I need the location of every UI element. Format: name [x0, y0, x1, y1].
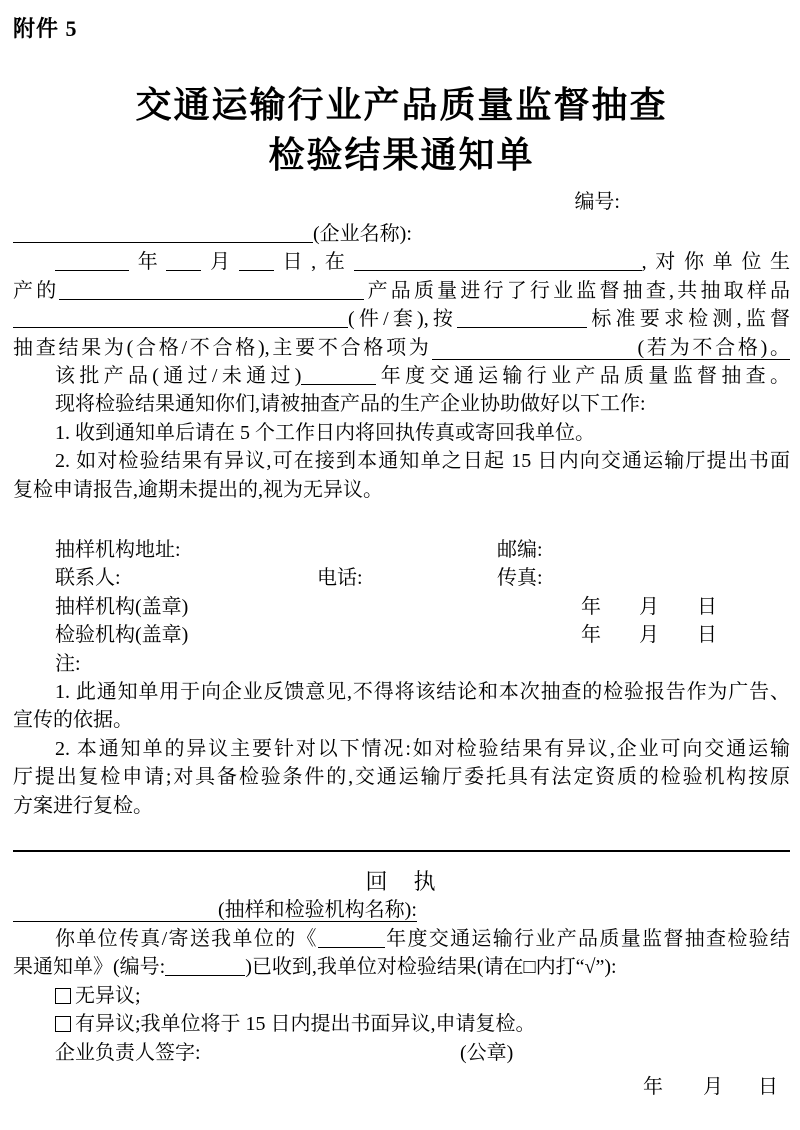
result-text: 抽查结果为(合格/不合格),主要不合格项为 — [13, 337, 432, 359]
note-2-line-3: 方案进行复检。 — [13, 792, 790, 820]
month-label: 月 — [639, 621, 659, 649]
title-line-1: 交通运输行业产品质量监督抽查 — [13, 80, 790, 130]
day-label: 日 — [697, 593, 717, 621]
option-no-objection-line: 无异议; — [13, 982, 790, 1010]
quality-check-text: 产品质量进行了行业监督抽查,共抽取样品 — [364, 280, 790, 302]
work-item-1: 1. 收到通知单后请在 5 个工作日内将回执传真或寄回我单位。 — [13, 419, 790, 447]
receipt-serial-pre-text: 果通知单》(编号: — [13, 956, 165, 978]
objection-label: 有异议;我单位将于 15 日内提出书面异议,申请复检。 — [75, 1013, 536, 1035]
inspection-org-seal-label: 检验机构(盖章) — [55, 621, 188, 649]
sampling-org-seal-line: 抽样机构(盖章)年月日 — [13, 593, 790, 621]
date-place-line: 年月日,在,对你单位生 — [13, 248, 790, 276]
pieces-per-text: (件/套),按 — [348, 308, 457, 330]
receipt-year-blank[interactable] — [318, 927, 385, 948]
year-label: 年 — [581, 621, 601, 649]
contact-person-label: 联系人: — [55, 564, 121, 592]
receipt-section: 回 执 (抽样和检验机构名称): 你单位传真/寄送我单位的《年度交通运输行业产品… — [13, 868, 790, 1101]
receipt-title: 回 执 — [13, 868, 790, 896]
standard-test-text: 标准要求检测,监督 — [587, 308, 790, 330]
month-label: 月 — [703, 1073, 723, 1101]
note-1-line-1: 1. 此通知单用于向企业反馈意见,不得将该结论和本次抽查的检验报告作为广告、 — [13, 678, 790, 706]
contact-person-line: 联系人:电话:传真: — [13, 564, 790, 592]
batch-year-blank[interactable] — [301, 364, 376, 385]
notice-line: 现将检验结果通知你们,请被抽查产品的生产企业协助做好以下工作: — [13, 390, 790, 418]
contact-section: 抽样机构地址:邮编: 联系人:电话:传真: 抽样机构(盖章)年月日 检验机构(盖… — [13, 536, 790, 820]
serial-number-line: 编号: — [13, 188, 790, 216]
batch-line: 该批产品(通过/未通过)年度交通运输行业产品质量监督抽查。 — [13, 362, 790, 390]
work-item-2-text-1: 2. 如对检验结果有异议,可在接到本通知单之日起 15 日内向交通运输厅提出书面 — [55, 450, 790, 472]
fax-label: 传真: — [497, 564, 543, 592]
place-blank[interactable] — [354, 250, 642, 271]
receipt-body-line-2: 果通知单》(编号:)已收到,我单位对检验结果(请在□内打“√”): — [13, 953, 790, 981]
note-2-line-1: 2. 本通知单的异议主要针对以下情况:如对检验结果有异议,企业可向交通运输 — [13, 735, 790, 763]
receipt-org-line: (抽样和检验机构名称): — [13, 896, 790, 924]
work-item-2-line-1: 2. 如对检验结果有异议,可在接到本通知单之日起 15 日内向交通运输厅提出书面 — [13, 447, 790, 475]
phone-label: 电话: — [317, 564, 363, 592]
company-name-blank[interactable] — [13, 222, 313, 243]
if-unqualified-text: (若为不合格)。 — [638, 337, 790, 359]
sampling-org-seal-label: 抽样机构(盖章) — [55, 593, 188, 621]
day-label: 日 — [758, 1073, 778, 1101]
year-label: 年 — [643, 1073, 663, 1101]
work-item-2-text-2: 复检申请报告,逾期未提出的,视为无异议。 — [13, 479, 383, 501]
notes-label-line: 注: — [13, 650, 790, 678]
produced-by-text: 产的 — [13, 280, 59, 302]
product-name-blank[interactable] — [59, 279, 364, 300]
note-1-text-2: 宣传的依据。 — [13, 709, 133, 731]
title-line-2: 检验结果通知单 — [13, 130, 790, 180]
serial-label: 编号: — [574, 191, 620, 213]
month-blank[interactable] — [166, 250, 201, 271]
receipt-body-line-1: 你单位传真/寄送我单位的《年度交通运输行业产品质量监督抽查检验结 — [13, 925, 790, 953]
day-label: 日 — [697, 621, 717, 649]
receipt-serial-blank[interactable] — [165, 955, 245, 976]
batch-pre-text: 该批产品(通过/未通过) — [55, 365, 301, 387]
note-1-text-1: 1. 此通知单用于向企业反馈意见,不得将该结论和本次抽查的检验报告作为广告、 — [55, 681, 790, 703]
notice-text: 现将检验结果通知你们,请被抽查产品的生产企业协助做好以下工作: — [55, 393, 646, 415]
notes-label: 注: — [55, 653, 81, 675]
sampling-org-address-label: 抽样机构地址: — [55, 536, 181, 564]
intro-section: (企业名称): 年月日,在,对你单位生 产的产品质量进行了行业监督抽查,共抽取样… — [13, 220, 790, 504]
result-line: 抽查结果为(合格/不合格),主要不合格项为(若为不合格)。 — [13, 334, 790, 362]
inspection-org-seal-line: 检验机构(盖章)年月日 — [13, 621, 790, 649]
receipt-org-label: (抽样和检验机构名称): — [218, 899, 417, 921]
receipt-body-pre-text: 你单位传真/寄送我单位的《 — [55, 928, 318, 950]
document-title: 交通运输行业产品质量监督抽查 检验结果通知单 — [13, 80, 790, 180]
year-label: 年 — [581, 593, 601, 621]
address-line: 抽样机构地址:邮编: — [13, 536, 790, 564]
month-label: 月 — [201, 251, 238, 273]
after-place-text: ,对你单位生 — [642, 251, 790, 273]
company-name-line: (企业名称): — [13, 220, 790, 248]
day-blank[interactable] — [239, 250, 274, 271]
year-label: 年 — [129, 251, 166, 273]
receipt-date-line: 年月日 — [13, 1073, 790, 1101]
receipt-serial-post-text: )已收到,我单位对检验结果(请在□内打“√”): — [245, 956, 616, 978]
no-objection-checkbox[interactable] — [55, 988, 71, 1004]
objection-checkbox[interactable] — [55, 1016, 71, 1032]
signature-label: 企业负责人签字: — [55, 1039, 201, 1067]
receipt-body-post-text: 年度交通运输行业产品质量监督抽查检验结 — [385, 928, 790, 950]
document-page: 附件 5 交通运输行业产品质量监督抽查 检验结果通知单 编号: (企业名称): … — [0, 0, 800, 1130]
month-label: 月 — [639, 593, 659, 621]
year-blank[interactable] — [55, 250, 129, 271]
batch-post-text: 年度交通运输行业产品质量监督抽查。 — [376, 365, 790, 387]
zip-label: 邮编: — [497, 536, 543, 564]
company-name-label: (企业名称): — [313, 223, 412, 245]
section-divider — [13, 850, 790, 852]
note-2-text-1: 2. 本通知单的异议主要针对以下情况:如对检验结果有异议,企业可向交通运输 — [55, 738, 790, 760]
option-objection-line: 有异议;我单位将于 15 日内提出书面异议,申请复检。 — [13, 1010, 790, 1038]
note-1-line-2: 宣传的依据。 — [13, 706, 790, 734]
product-line: 产的产品质量进行了行业监督抽查,共抽取样品 — [13, 277, 790, 305]
sample-count-blank[interactable] — [13, 307, 348, 328]
attachment-label: 附件 5 — [13, 16, 790, 42]
work-item-1-text: 1. 收到通知单后请在 5 个工作日内将回执传真或寄回我单位。 — [55, 422, 595, 444]
note-2-text-2: 厅提出复检申请;对具备检验条件的,交通运输厅委托具有法定资质的检验机构按原 — [13, 766, 790, 788]
note-2-line-2: 厅提出复检申请;对具备检验条件的,交通运输厅委托具有法定资质的检验机构按原 — [13, 763, 790, 791]
receipt-org-blank[interactable]: (抽样和检验机构名称): — [13, 899, 417, 922]
official-seal-label: (公章) — [460, 1039, 513, 1067]
standard-blank[interactable] — [457, 307, 587, 328]
note-2-text-3: 方案进行复检。 — [13, 795, 153, 817]
no-objection-label: 无异议; — [75, 985, 141, 1007]
work-item-2-line-2: 复检申请报告,逾期未提出的,视为无异议。 — [13, 476, 790, 504]
signature-line: 企业负责人签字:(公章) — [13, 1039, 790, 1067]
unqualified-items-blank[interactable]: (若为不合格)。 — [432, 337, 790, 360]
day-at-label: 日,在 — [274, 251, 354, 273]
sample-count-line: (件/套),按标准要求检测,监督 — [13, 305, 790, 333]
